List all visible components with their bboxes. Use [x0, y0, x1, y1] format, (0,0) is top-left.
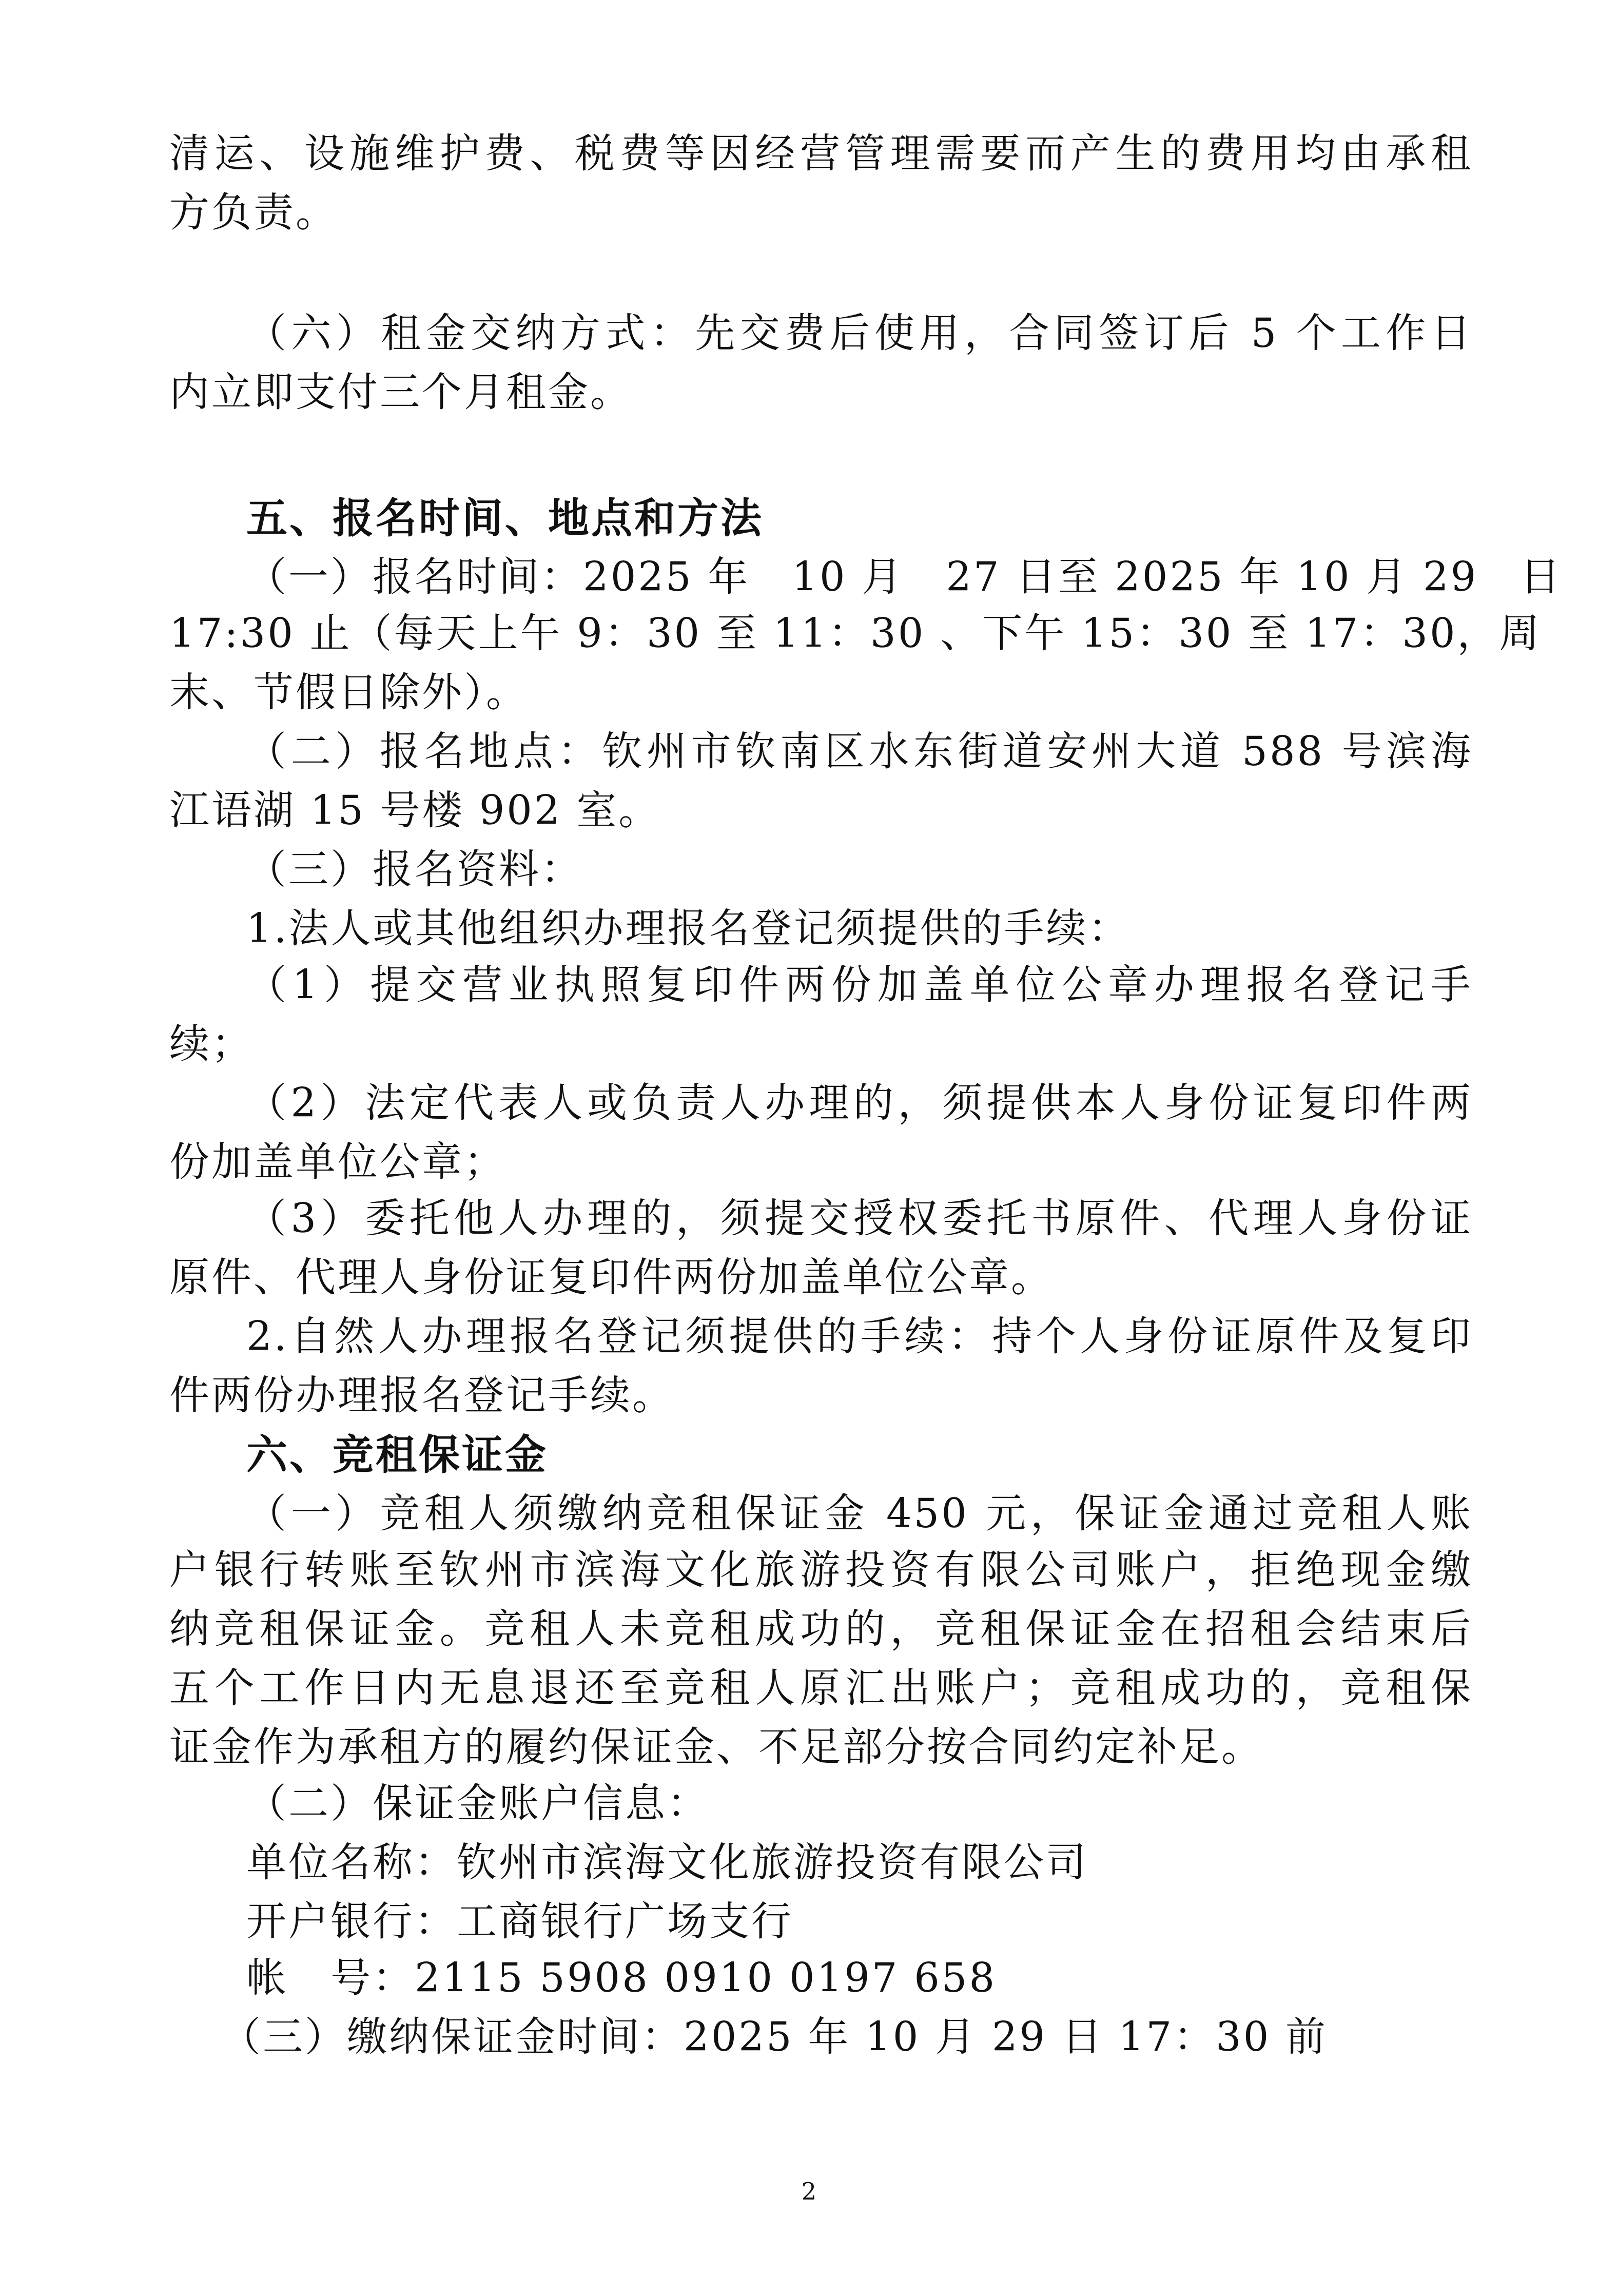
paragraph-line: 方负责。 [169, 187, 1473, 239]
registration-materials: （三）报名资料： [246, 844, 1473, 896]
paragraph-line: 续； [169, 1019, 1473, 1070]
account-bank: 开户银行：工商银行广场支行 [246, 1896, 1473, 1948]
registration-address: （二）报名地点：钦州市钦南区水东街道安州大道 588 号滨海 [246, 726, 1473, 777]
registration-time: （一）报名时间：2025 年 10 月 27 日至 2025 年 10 月 29… [246, 552, 1473, 603]
section-heading-registration: 五、报名时间、地点和方法 [246, 493, 1473, 544]
account-company-name: 单位名称：钦州市滨海文化旅游投资有限公司 [246, 1837, 1473, 1889]
paragraph-line: 原件、代理人身份证复印件两份加盖单位公章。 [169, 1252, 1473, 1303]
page-number: 2 [0, 2176, 1618, 2207]
paragraph-line: 户银行转账至钦州市滨海文化旅游投资有限公司账户，拒绝现金缴 [169, 1545, 1473, 1596]
paragraph-line: 份加盖单位公章； [169, 1137, 1473, 1188]
paragraph-line: 件两份办理报名登记手续。 [169, 1370, 1473, 1422]
account-number: 帐 号：2115 5908 0910 0197 658 [246, 1953, 1473, 2004]
paragraph-line: （3）委托他人办理的，须提交授权委托书原件、代理人身份证 [246, 1193, 1473, 1244]
paragraph-line: （2）法定代表人或负责人办理的，须提供本人身份证复印件两 [246, 1078, 1473, 1129]
paragraph-line: 江语湖 15 号楼 902 室。 [169, 785, 1473, 836]
paragraph-line: （一）竞租人须缴纳竞租保证金 450 元，保证金通过竞租人账 [246, 1488, 1473, 1540]
paragraph-line: 内立即支付三个月租金。 [169, 367, 1473, 418]
paragraph-line: 1.法人或其他组织办理报名登记须提供的手续： [246, 903, 1473, 955]
paragraph-line: 五个工作日内无息退还至竞租人原汇出账户；竞租成功的，竞租保 [169, 1663, 1473, 1714]
paragraph-line: 清运、设施维护费、税费等因经营管理需要而产生的费用均由承租 [169, 128, 1473, 180]
document-page: 清运、设施维护费、税费等因经营管理需要而产生的费用均由承租 方负责。 （六）租金… [0, 0, 1618, 2296]
paragraph-line: 纳竞租保证金。竞租人未竞租成功的，竞租保证金在招租会结束后 [169, 1604, 1473, 1655]
paragraph-line: 2.自然人办理报名登记须提供的手续：持个人身份证原件及复印 [246, 1311, 1473, 1363]
paragraph-line: 17:30 止（每天上午 9：30 至 11：30 、下午 15：30 至 17… [169, 608, 1473, 659]
account-info-label: （二）保证金账户信息： [246, 1778, 1473, 1830]
paragraph-line: （1）提交营业执照复印件两份加盖单位公章办理报名登记手 [246, 960, 1473, 1011]
paragraph-line: 末、节假日除外）。 [169, 667, 1473, 718]
paragraph-line: （六）租金交纳方式：先交费后使用，合同签订后 5 个工作日 [246, 308, 1473, 359]
section-heading-deposit: 六、竞租保证金 [246, 1429, 1473, 1481]
deposit-deadline: （三）缴纳保证金时间：2025 年 10 月 29 日 17：30 前 [221, 2012, 1447, 2063]
paragraph-line: 证金作为承租方的履约保证金、不足部分按合同约定补足。 [169, 1722, 1473, 1773]
